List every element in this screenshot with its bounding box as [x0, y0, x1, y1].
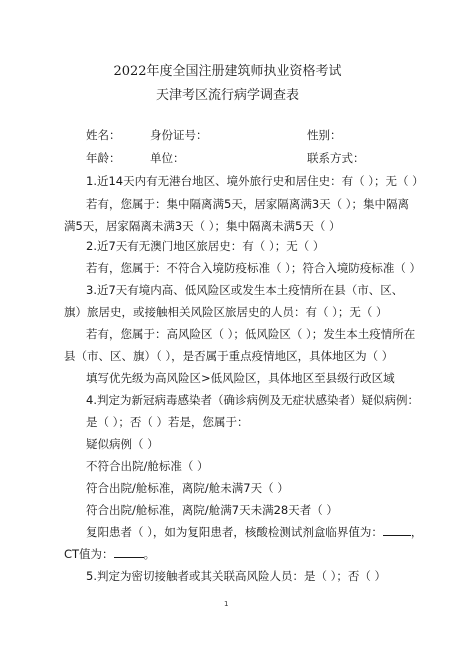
threshold-value-blank[interactable] — [383, 525, 411, 536]
age-label: 年龄： — [86, 151, 121, 165]
option-suspected-case: 疑似病例（ ） — [86, 437, 159, 451]
question-3-detail-cont: 县（市、区、旗）（ ），是否属于重点疫情地区，具体地区为（ ） — [64, 349, 393, 363]
unit-label: 单位： — [150, 151, 185, 165]
gender-label: 性别： — [307, 128, 342, 142]
question-1: 1.近14天内有无港台地区、境外旅行史和居住史：有（ ）；无（ ） — [86, 174, 424, 188]
question-2-detail: 若有，您属于：不符合入境防疫标准（ ）；符合入境防疫标准（ ） — [86, 261, 421, 275]
ct-value-blank[interactable] — [114, 547, 144, 558]
option-discharged-7-28: 符合出院/舱标准，离院/舱满7天未满28天者（ ） — [86, 503, 338, 517]
option-repositive: 复阳患者（ ），如为复阳患者，核酸检测试剂盒临界值为：， — [86, 525, 422, 539]
question-5: 5.判定为密切接触者或其关联高风险人员：是（ ）；否（ ） — [86, 569, 386, 583]
document-page: 2022年度全国注册建筑师执业资格考试 天津考区流行病学调查表 姓名： 身份证号… — [0, 0, 455, 649]
name-label: 姓名： — [86, 128, 121, 142]
question-3-note: 填写优先级为高风险区>低风险区，具体地区至县级行政区域 — [86, 371, 395, 385]
id-number-label: 身份证号： — [150, 128, 208, 142]
page-number: 1 — [224, 600, 228, 608]
comma: ， — [411, 525, 423, 539]
option-discharged-under-7: 符合出院/舱标准，离院/舱未满7天（ ） — [86, 481, 289, 495]
period: 。 — [144, 547, 156, 561]
question-1-detail-cont: 满5天，居家隔离未满3天（ ）；集中隔离未满5天（ ） — [64, 219, 341, 233]
question-3-detail: 若有，您属于：高风险区（ ）；低风险区（ ）；发生本土疫情所在 — [86, 327, 415, 341]
ct-value-label: CT值为： — [64, 547, 114, 561]
question-3-cont: 旗）旅居史，或接触相关风险区旅居史的人员：有（ ）；无（ ） — [64, 305, 388, 319]
question-4-cont: 是（ ）；否（ ）若是，您属于： — [86, 415, 249, 429]
question-2: 2.近7天有无澳门地区旅居史：有（ ）；无（ ） — [86, 239, 324, 253]
document-subtitle: 天津考区流行病学调查表 — [0, 84, 455, 103]
document-title: 2022年度全国注册建筑师执业资格考试 — [0, 60, 455, 79]
repositive-text: 复阳患者（ ），如为复阳患者，核酸检测试剂盒临界值为： — [86, 525, 383, 539]
ct-value-line: CT值为：。 — [64, 547, 155, 561]
question-1-detail: 若有，您属于：集中隔离满5天，居家隔离满3天（ ）；集中隔离 — [86, 197, 409, 211]
contact-label: 联系方式： — [307, 151, 365, 165]
question-4: 4.判定为新冠病毒感染者（确诊病例及无症状感染者）疑似病例： — [86, 393, 419, 407]
question-3: 3.近7天有境内高、低风险区或发生本土疫情所在县（市、区、 — [86, 283, 403, 297]
option-not-discharge: 不符合出院/舱标准（ ） — [86, 459, 209, 473]
